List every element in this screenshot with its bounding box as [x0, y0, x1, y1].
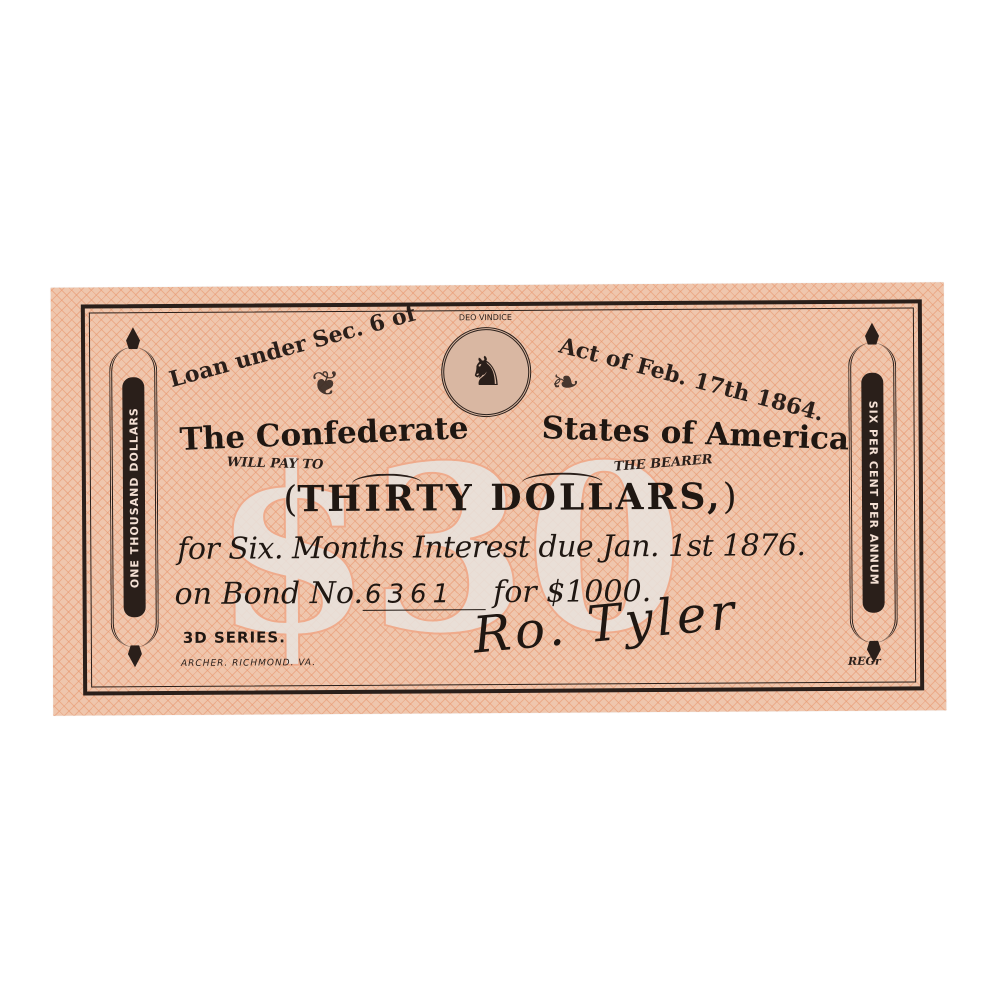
- right-side-panel: SIX PER CENT PER ANNUM: [848, 323, 898, 663]
- right-panel-bar: SIX PER CENT PER ANNUM: [861, 373, 884, 613]
- flourish-icon: ❦: [311, 364, 340, 404]
- interest-line: for Six. Months Interest due Jan. 1st 18…: [177, 528, 805, 567]
- left-panel-bar: ONE THOUSAND DOLLARS: [122, 377, 145, 617]
- amount-line: (THIRTY DOLLARS,): [230, 475, 790, 520]
- bond-coupon: $30 ONE THOUSAND DOLLARS SIX PER CENT PE…: [51, 282, 947, 715]
- amount-text: THIRTY DOLLARS,: [297, 476, 722, 521]
- bond-prefix: on Bond No.: [174, 576, 363, 612]
- finial-icon: [126, 327, 140, 349]
- left-side-panel: ONE THOUSAND DOLLARS: [109, 327, 159, 667]
- finial-icon: [865, 323, 879, 345]
- bond-number: 6361: [363, 579, 485, 611]
- series-label: 3D SERIES.: [183, 628, 286, 647]
- close-paren: ): [722, 477, 736, 518]
- flourish-icon: ❧: [551, 363, 580, 403]
- right-panel-text: SIX PER CENT PER ANNUM: [866, 400, 880, 585]
- motto: DEO VINDICE: [459, 313, 512, 322]
- open-paren: (: [283, 479, 297, 520]
- registrar-title: REGr: [848, 655, 881, 668]
- left-panel-text: ONE THOUSAND DOLLARS: [127, 407, 141, 588]
- will-pay-to: WILL PAY TO: [227, 455, 324, 473]
- finial-icon: [128, 645, 142, 667]
- horseman-seal-icon: ♞: [441, 327, 532, 418]
- horseman-icon: ♞: [468, 352, 504, 392]
- printer-imprint: ARCHER. RICHMOND. VA.: [181, 658, 316, 669]
